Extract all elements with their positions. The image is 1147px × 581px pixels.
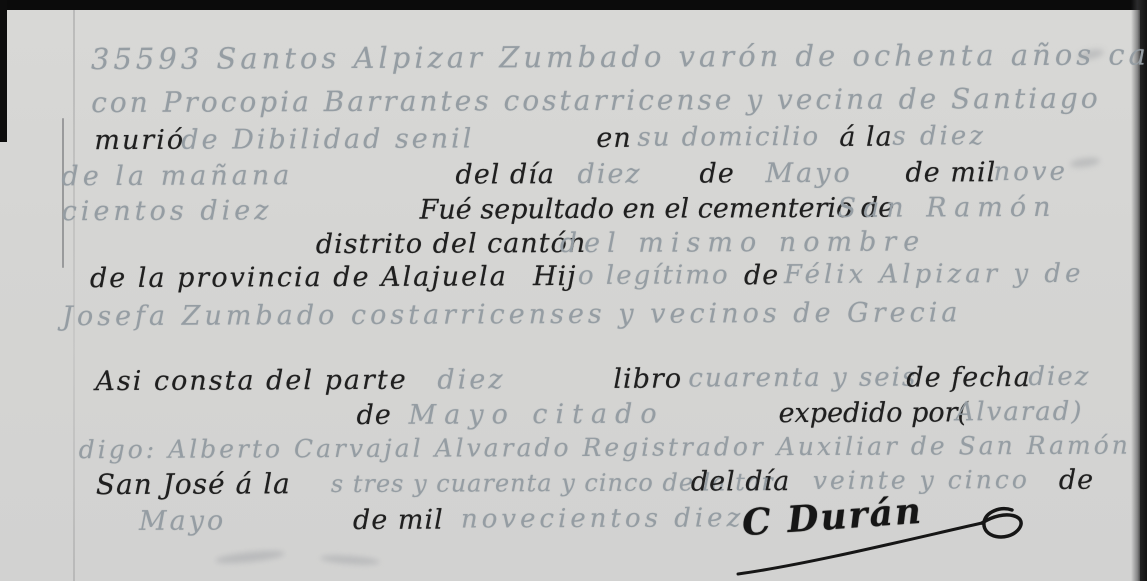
signature-flourish-icon [700, 492, 1040, 581]
handwritten-segment: Hij [533, 262, 577, 292]
handwritten-segment: diez [437, 365, 505, 395]
handwritten-segment: con Procopia Barrantes costarricense y v… [91, 84, 1101, 119]
handwritten-segment: distrito del cantón [316, 229, 587, 260]
handwritten-segment: de la provincia de Alajuela [90, 262, 508, 294]
handwritten-segment: 35593 Santos Alpizar Zumbado varón de oc… [91, 39, 1147, 76]
handwritten-segment: del día [455, 160, 555, 190]
handwritten-segment: de fecha [906, 363, 1031, 393]
handwritten-segment: Josefa Zumbado costarricenses y vecinos … [62, 298, 961, 332]
handwritten-segment: de [744, 261, 779, 291]
handwritten-segment: cientos diez [62, 196, 273, 227]
handwritten-segment: de mil [905, 158, 996, 188]
handwritten-segment: Mayo citado [408, 400, 664, 431]
handwritten-segment: Mayo [139, 507, 226, 537]
handwritten-segment: Fué sepultado en el cementerio de [420, 194, 895, 226]
handwritten-segment: libro [613, 365, 682, 395]
handwritten-segment: Asi consta del parte [95, 366, 407, 397]
handwritten-segment: murió [94, 126, 185, 156]
handwritten-segment: de la mañana [61, 161, 293, 192]
handwritten-segment: su domicilio [637, 123, 820, 152]
handwritten-segment: s diez [892, 122, 986, 151]
handwritten-segment: del mismo nombre [560, 227, 927, 258]
handwritten-segment: de [1059, 466, 1094, 496]
handwritten-segment: cuarenta y seis [688, 364, 917, 394]
handwritten-segment: de [356, 401, 391, 431]
handwritten-segment: diez [577, 160, 641, 190]
handwritten-segment: Félix Alpizar y de [784, 260, 1085, 290]
handwritten-segment: San José á la [96, 469, 291, 501]
handwritten-segment: de Dibilidad senil [181, 124, 474, 155]
handwritten-segment: digo: Alberto Carvajal Alvarado Registra… [79, 432, 1131, 464]
handwritten-segment: San Ramón [838, 193, 1058, 224]
handwritten-segment: o legítimo [578, 261, 730, 290]
handwritten-segment: nove [993, 158, 1068, 187]
handwritten-segment: Alvarad) [955, 398, 1083, 427]
handwritten-segment: de mil [353, 506, 444, 536]
handwritten-segment: en [596, 124, 632, 154]
handwritten-segment: diez [1028, 363, 1090, 392]
handwritten-segment: Mayo [765, 159, 852, 189]
handwritten-segment: á la [839, 123, 893, 153]
handwritten-segment: expedido por( [778, 398, 968, 429]
handwritten-segment: de [699, 159, 734, 189]
